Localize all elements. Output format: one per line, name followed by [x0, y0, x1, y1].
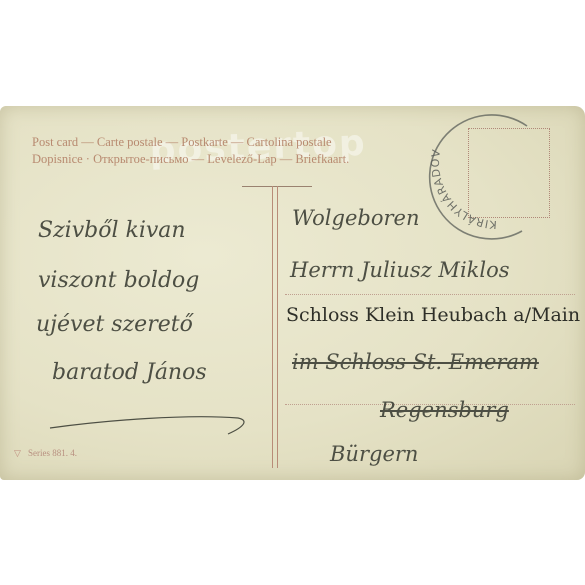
address-line: Wolgeboren: [292, 206, 419, 230]
message-line: ujévet szerető: [36, 312, 193, 337]
address-line: Schloss Klein Heubach a/Main: [286, 304, 580, 326]
message-line: viszont boldog: [38, 268, 199, 293]
divider-line: [272, 186, 278, 468]
signature-flourish: [48, 406, 248, 436]
header-line-2: Dopisnice · Открытое-письмо — Levelező-L…: [32, 152, 349, 167]
publisher-logo-icon: ▽: [14, 448, 24, 456]
address-line: Herrn Juliusz Miklos: [290, 258, 510, 282]
series-text: Series 881. 4.: [28, 448, 77, 458]
header-line-1: Post card — Carte postale — Postkarte — …: [32, 135, 332, 150]
message-line: Szivből kivan: [38, 218, 186, 243]
address-line-struck: im Schloss St. Emeram: [292, 350, 539, 374]
postcard-back: postertop Post card — Carte postale — Po…: [0, 106, 585, 480]
address-dotted-line: [285, 294, 575, 295]
address-line: Bürgern: [330, 442, 418, 466]
message-line: baratod János: [52, 360, 207, 385]
series-label: ▽Series 881. 4.: [14, 448, 77, 458]
address-line-struck: Regensburg: [380, 398, 509, 422]
postmark-icon: KIRÁLYHÁRADOV: [402, 96, 552, 246]
svg-text:KIRÁLYHÁRADOV: KIRÁLYHÁRADOV: [429, 148, 497, 231]
